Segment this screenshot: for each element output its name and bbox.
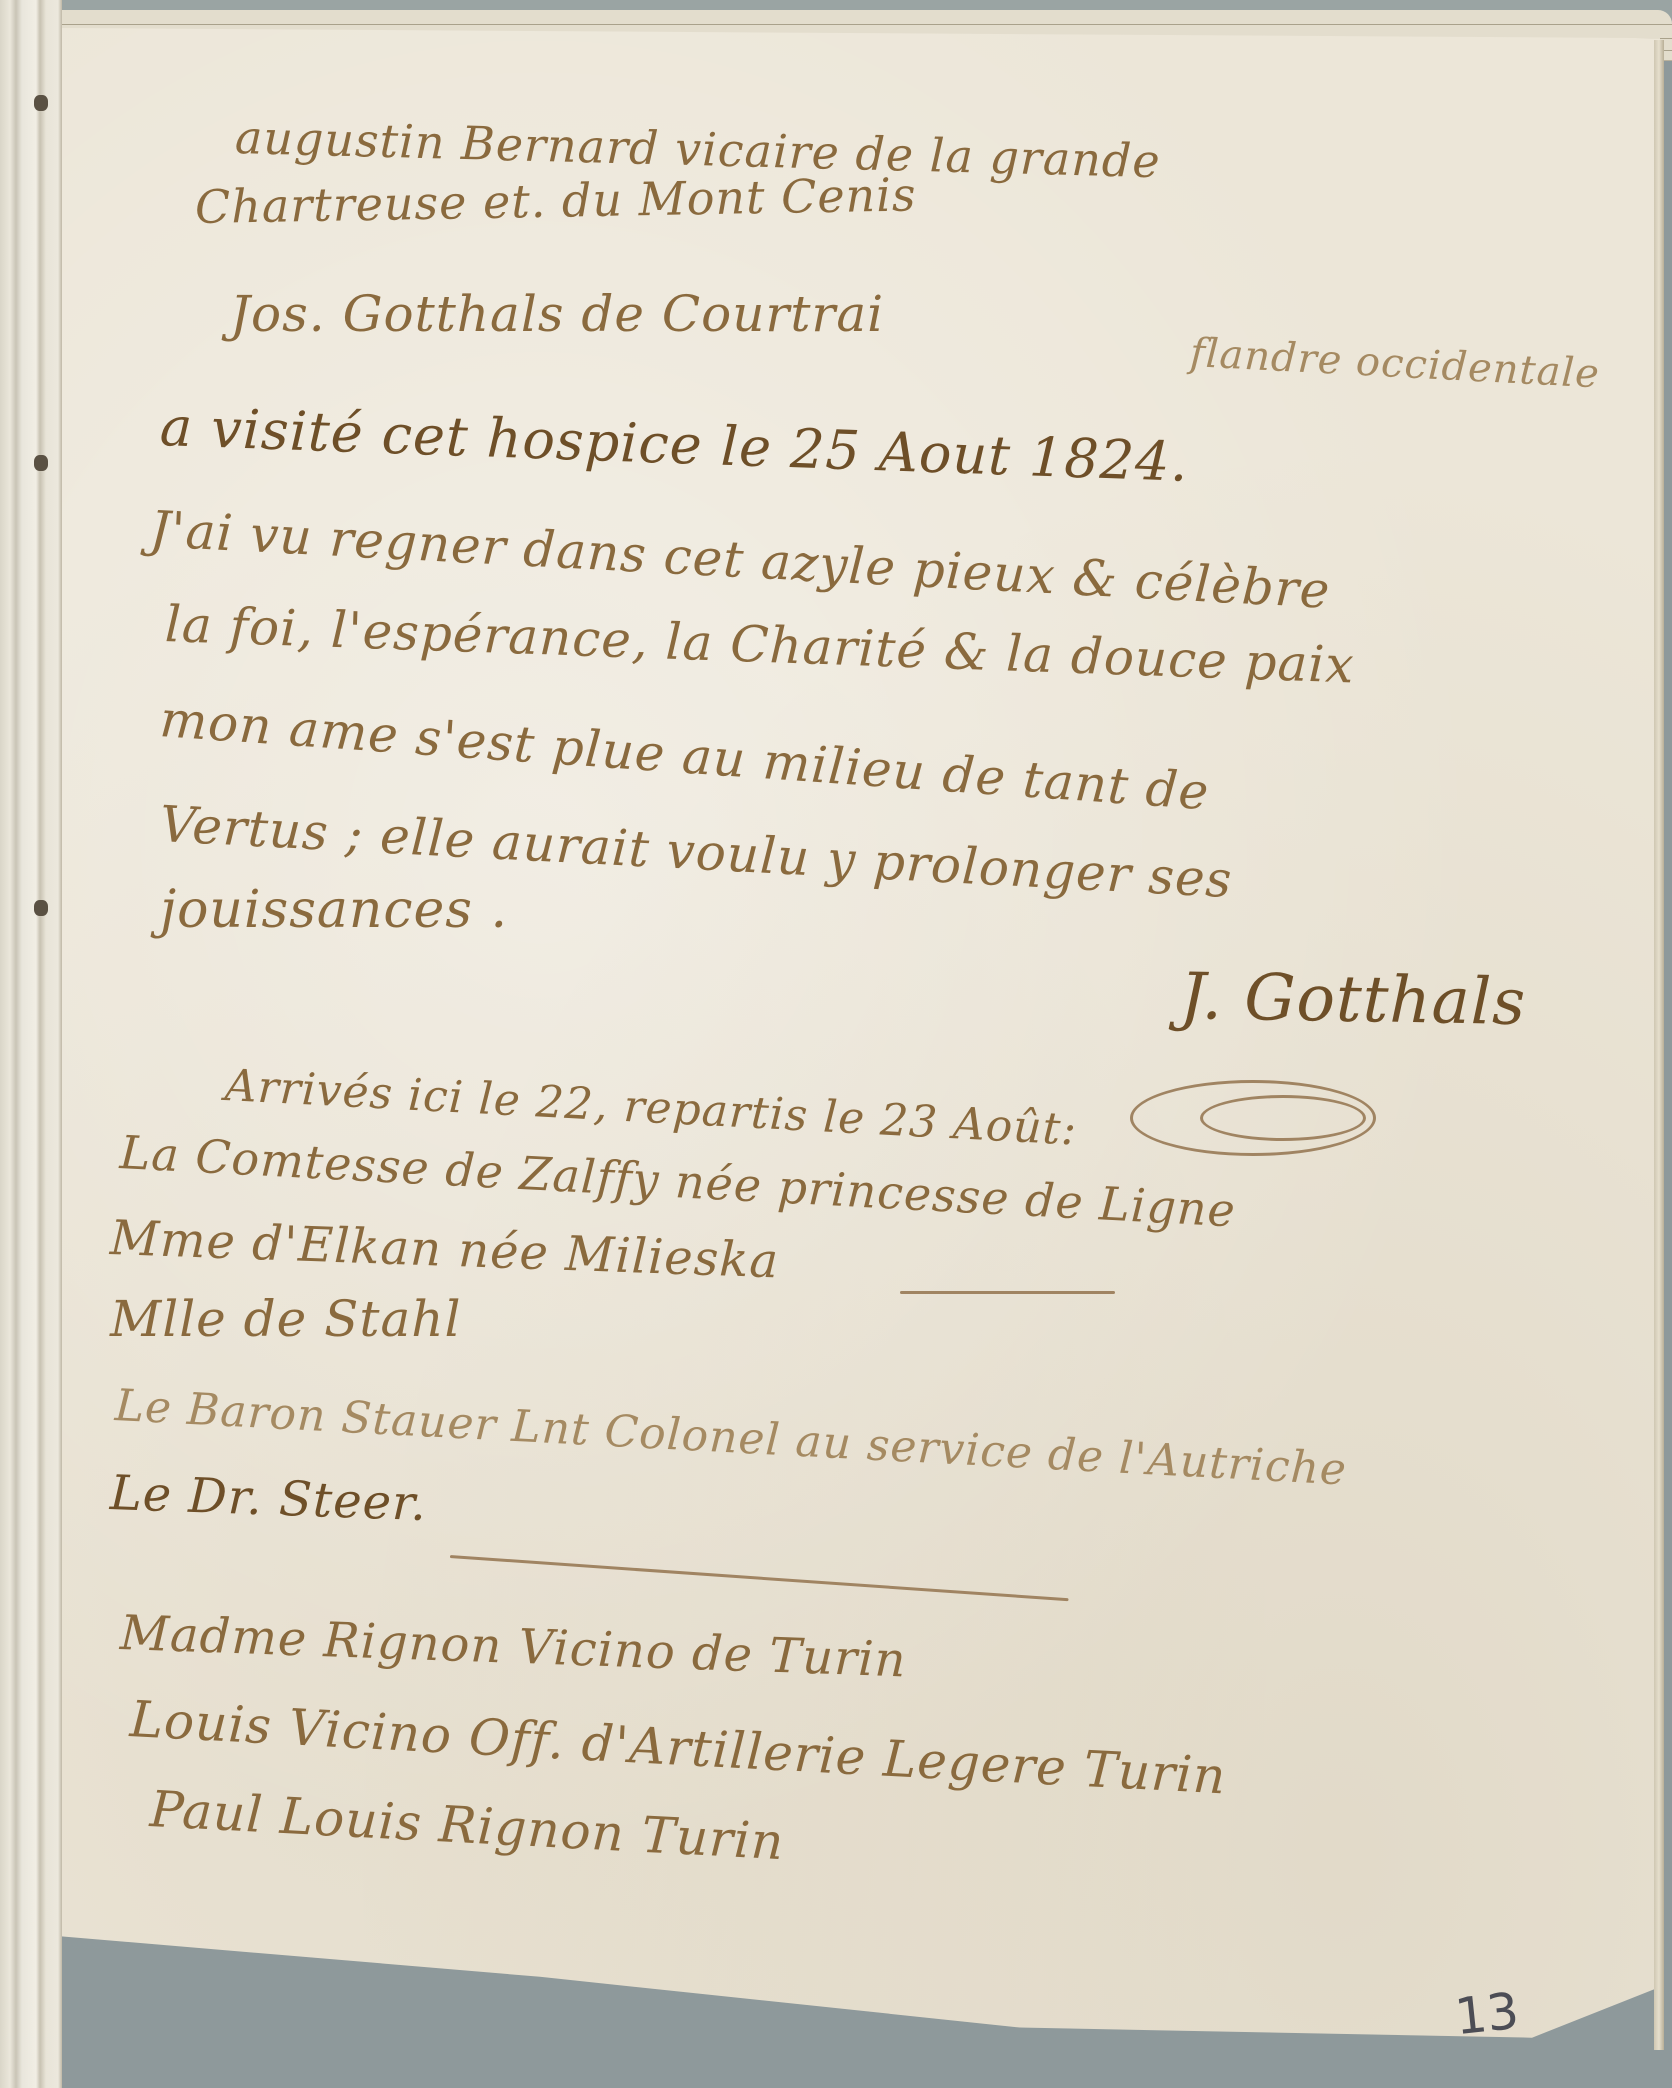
signature-flourish: [1200, 1095, 1366, 1141]
page-right-edge: [1654, 40, 1664, 2050]
binding-stitch: [34, 95, 48, 111]
binding-stitch: [34, 455, 48, 471]
handwritten-line: Jos. Gotthals de Courtrai: [230, 285, 884, 343]
underline: [900, 1291, 1115, 1294]
handwritten-line: Mlle de Stahl: [110, 1290, 462, 1348]
book-gutter: [0, 0, 62, 2088]
binding-stitch: [34, 900, 48, 916]
page-edge-line: [60, 24, 1672, 25]
handwritten-line: jouissances .: [160, 880, 508, 940]
signature: J. Gotthals: [1179, 960, 1526, 1040]
page-number: 13: [1452, 1982, 1521, 2046]
handwritten-line: Le Dr. Steer.: [109, 1465, 428, 1532]
